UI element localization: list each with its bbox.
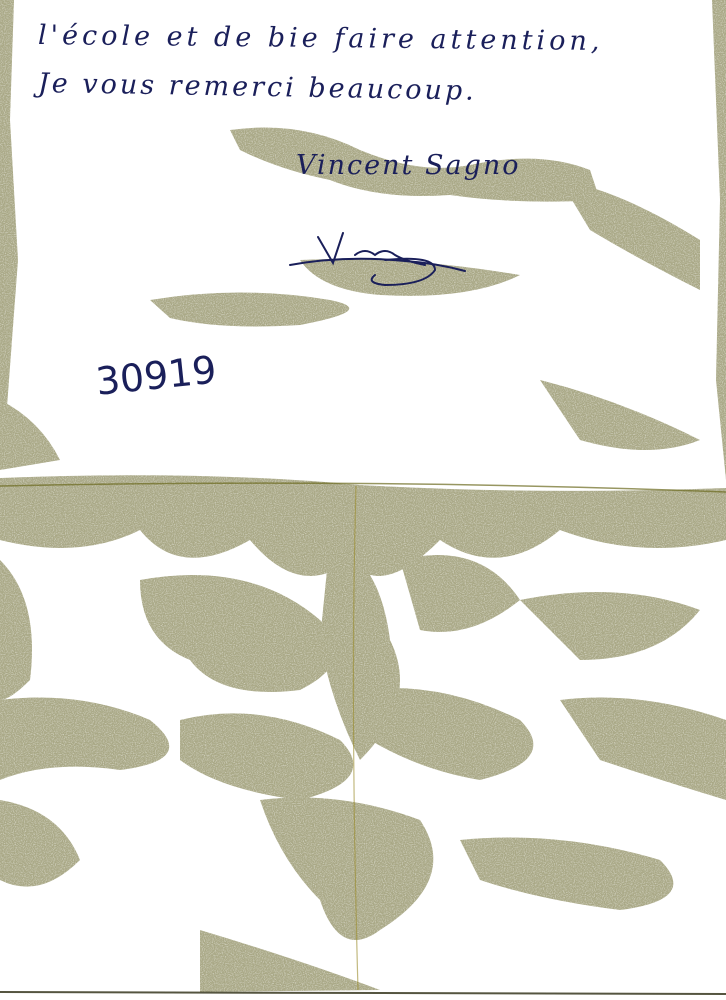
letter-body-line-1: l'école et de bie faire attention, — [38, 20, 604, 57]
letter-page: l'école et de bie faire attention, Je vo… — [0, 0, 726, 1000]
handwritten-signature — [285, 225, 485, 295]
signatory-name: Vincent Sagno — [296, 150, 521, 181]
